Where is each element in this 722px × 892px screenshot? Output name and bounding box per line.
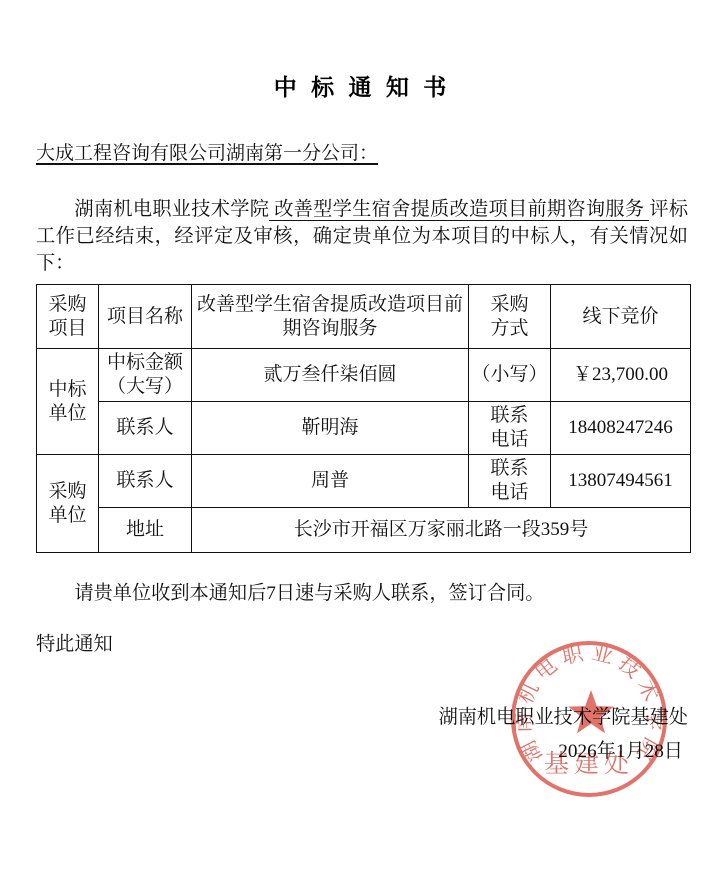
cell-project-name-label: 项目名称	[99, 285, 192, 349]
intro-paragraph: 湖南机电职业技术学院改善型学生宿舍提质改造项目前期咨询服务评标工作已经结束，经评…	[36, 196, 688, 277]
table-row: 中标 单位 中标金额 （大写） 贰万叁仟柒佰圆 （小写） ￥23,700.00	[37, 349, 691, 402]
cell-winner-contact-label: 联系人	[99, 402, 192, 455]
document-content: 中 标 通 知 书 大成工程咨询有限公司湖南第一分公司： 湖南机电职业技术学院改…	[0, 0, 722, 765]
recipient-line: 大成工程咨询有限公司湖南第一分公司：	[36, 142, 688, 166]
cell-award-amount-figures: ￥23,700.00	[551, 349, 691, 402]
cell-figures-label: （小写）	[469, 349, 551, 402]
cell-procurement-method-value: 线下竞价	[551, 285, 691, 349]
table-row: 地址 长沙市开福区万家丽北路一段359号	[37, 508, 691, 553]
cell-purchaser-phone-number: 13807494561	[551, 455, 691, 508]
cell-purchaser-phone-label: 联系 电话	[469, 455, 551, 508]
cell-winner-phone-number: 18408247246	[551, 402, 691, 455]
cell-project-name-value: 改善型学生宿舍提质改造项目前期咨询服务	[192, 285, 469, 349]
cell-award-amount-label: 中标金额 （大写）	[99, 349, 192, 402]
cell-winner-phone-label: 联系 电话	[469, 402, 551, 455]
issue-date: 2026年1月28日	[36, 738, 688, 765]
cell-purchaser-contact-label: 联系人	[99, 455, 192, 508]
cell-winning-unit-label: 中标 单位	[37, 349, 99, 455]
table-row: 联系人 靳明海 联系 电话 18408247246	[37, 402, 691, 455]
hereby-notice: 特此通知	[36, 631, 688, 658]
project-name-underlined: 改善型学生宿舍提质改造项目前期咨询服务	[269, 199, 649, 221]
cell-award-amount-words: 贰万叁仟柒佰圆	[192, 349, 469, 402]
cell-purchaser-contact-name: 周普	[192, 455, 469, 508]
cell-procurement-method-label: 采购 方式	[469, 285, 551, 349]
cell-winner-contact-name: 靳明海	[192, 402, 469, 455]
followup-note: 请贵单位收到本通知后7日速与采购人联系，签订合同。	[36, 580, 688, 607]
cell-address-label: 地址	[99, 508, 192, 553]
award-notice-table: 采购 项目 项目名称 改善型学生宿舍提质改造项目前期咨询服务 采购 方式 线下竞…	[36, 284, 691, 553]
issuer-signature: 湖南机电职业技术学院基建处	[36, 704, 688, 731]
notice-document: 中 标 通 知 书 大成工程咨询有限公司湖南第一分公司： 湖南机电职业技术学院改…	[0, 0, 722, 892]
table-row: 采购 单位 联系人 周普 联系 电话 13807494561	[37, 455, 691, 508]
table-row: 采购 项目 项目名称 改善型学生宿舍提质改造项目前期咨询服务 采购 方式 线下竞…	[37, 285, 691, 349]
intro-prefix: 湖南机电职业技术学院	[74, 199, 269, 220]
cell-procurement-project-label: 采购 项目	[37, 285, 99, 349]
page-title: 中 标 通 知 书	[36, 0, 688, 101]
cell-address-value: 长沙市开福区万家丽北路一段359号	[192, 508, 691, 553]
cell-purchaser-unit-label: 采购 单位	[37, 455, 99, 553]
